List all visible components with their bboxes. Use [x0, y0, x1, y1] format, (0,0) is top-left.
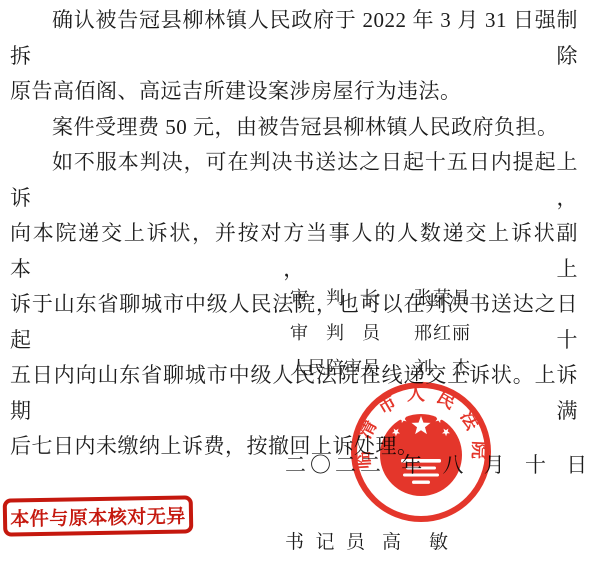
- judge-title: 审判员: [290, 316, 380, 351]
- body-line: 案件受理费 50 元，由被告冠县柳林镇人民政府负担。: [10, 110, 578, 146]
- emblem-gate-base: [403, 474, 439, 477]
- body-line: 原告高佰阁、高远吉所建设案涉房屋行为违法。: [10, 74, 578, 110]
- verification-stamp-text: 本件与原本核对无异: [10, 501, 186, 531]
- body-line: 确认被告冠县柳林镇人民政府于 2022 年 3 月 31 日强制拆除: [10, 3, 578, 74]
- emblem-gate-roof: [401, 459, 441, 463]
- judge-row: 审判员 邢红丽: [290, 316, 470, 351]
- presiding-judge-row: 审判长 张荣昌: [290, 281, 470, 316]
- judge-name: 邢红丽: [414, 316, 470, 351]
- judgment-document-page: 确认被告冠县柳林镇人民政府于 2022 年 3 月 31 日强制拆除 原告高佰阁…: [0, 0, 590, 578]
- court-seal: 临清市人民法院: [348, 379, 494, 525]
- verification-stamp: 本件与原本核对无异: [3, 495, 194, 536]
- body-line: 如不服本判决，可在判决书送达之日起十五日内提起上诉，: [10, 145, 578, 216]
- national-emblem-icon: [380, 414, 462, 496]
- emblem-gate-eave: [406, 467, 436, 470]
- presiding-judge-title: 审判长: [290, 281, 380, 316]
- clerk-title: 书记员: [285, 528, 365, 558]
- court-seal-graphic: 临清市人民法院: [348, 379, 494, 525]
- clerk-name: 高敏: [382, 528, 448, 558]
- clerk-row: 书记员 高敏: [285, 528, 448, 558]
- emblem-gear: [412, 481, 430, 484]
- signature-block: 审判长 张荣昌 审判员 邢红丽 人民陪审员 刘杰: [290, 281, 470, 386]
- body-line: 向本院递交上诉状，并按对方当事人的人数递交上诉状副本，上: [10, 216, 578, 287]
- presiding-judge-name: 张荣昌: [414, 281, 470, 316]
